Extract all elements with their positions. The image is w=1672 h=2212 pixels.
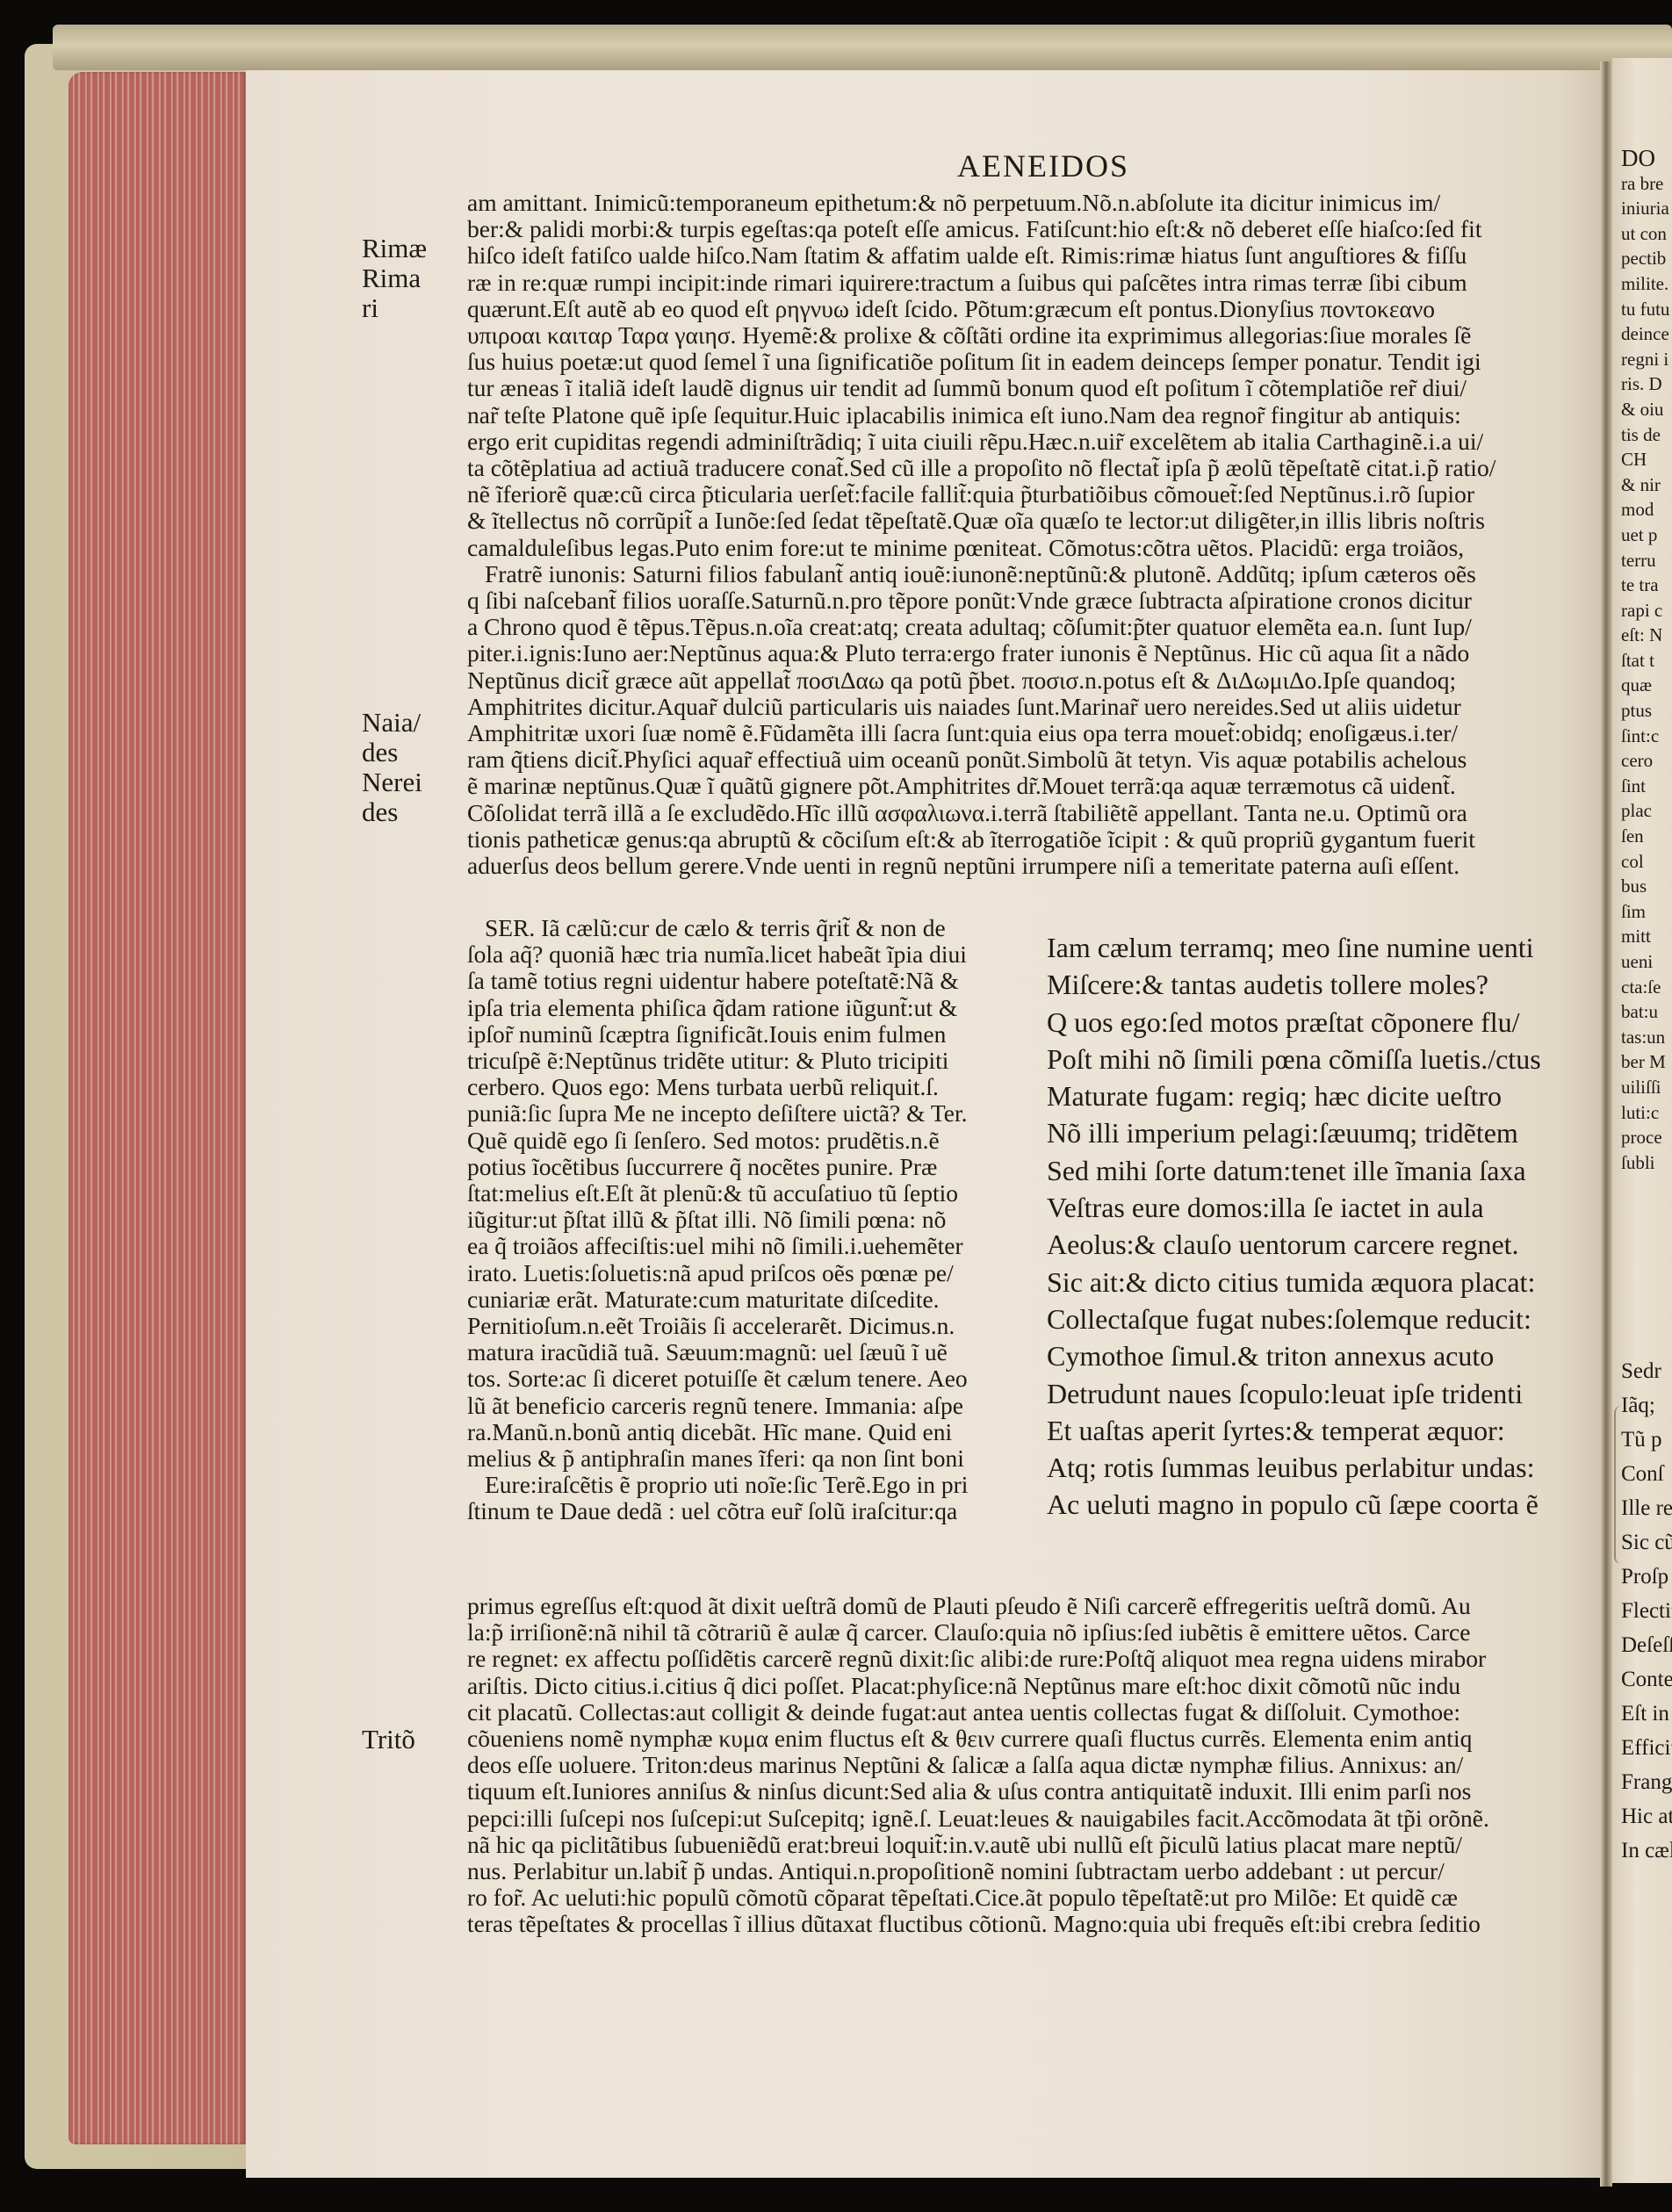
commentary-line: nus. Perlabitur un.labit̃ p̃ undas. Anti… [467, 1858, 1609, 1884]
virgil-verse: Iam cælum terramq; meo ſine numine uenti… [1047, 929, 1605, 1524]
facing-line: uet p [1621, 522, 1669, 548]
facing-verse-line: Tũ p [1621, 1423, 1672, 1457]
commentary-line: cerbero. Quos ego: Mens turbata uerbũ re… [467, 1074, 1017, 1100]
facing-page-edge: DO ra bre iniuria ut con pectib milite. … [1612, 58, 1672, 2183]
facing-line: ra bre [1621, 171, 1669, 197]
book-gutter [1600, 61, 1612, 2187]
commentary-line: ram q̃tiens dicit̃.Phyſici aquar̃ effect… [467, 746, 1609, 773]
facing-verse-line: Sedr [1621, 1354, 1672, 1388]
commentary-line: Pernitioſum.n.eẽt Troiãis ſi accelerarẽt… [467, 1313, 1017, 1339]
commentary-line: Quẽ quidẽ ego ſi ſenſero. Sed motos: pru… [467, 1128, 1017, 1154]
commentary-line: camalduleſibus legas.Puto enim fore:ut t… [467, 535, 1609, 561]
commentary-line: puniã:ſic ſupra Me ne incepto deſiſtere … [467, 1100, 1017, 1127]
commentary-line: lũ ãt beneficio carceris regnũ tenere. I… [467, 1393, 1017, 1419]
facing-line: ſubli [1621, 1150, 1669, 1176]
commentary-line: tos. Sorte:ac ſi diceret potuiſſe ẽt cæl… [467, 1365, 1017, 1392]
facing-line: iniuria [1621, 196, 1669, 221]
facing-line: ſim [1621, 899, 1669, 925]
facing-verse-line: Ille re [1621, 1491, 1672, 1525]
commentary-line: ra.Manũ.n.bonũ antiq dicebãt. Hĩc mane. … [467, 1419, 1017, 1445]
facing-line: rapi c [1621, 598, 1669, 623]
facing-line: mod [1621, 497, 1669, 522]
facing-line: mitt [1621, 924, 1669, 949]
facing-verse-line: Conſ [1621, 1457, 1672, 1491]
verse-line: Sic ait:& dicto citius tumida æquora pla… [1047, 1264, 1605, 1301]
commentary-line: Cõſolidat terrã illã a ſe excludẽdo.Hĩc … [467, 800, 1609, 826]
facing-line: DO [1621, 146, 1669, 171]
commentary-line: υπιροαι καιταρ Ταρα γαιησ. Hyemẽ:& proli… [467, 322, 1609, 349]
commentary-line: SER. Iã cælũ:cur de cælo & terris q̃rit̃… [467, 915, 1017, 941]
marginal-line: ri [362, 293, 427, 323]
commentary-line: iũgitur:ut p̃ſtat illũ & p̃ſtat illi. Nõ… [467, 1207, 1017, 1233]
facing-line: & nir [1621, 472, 1669, 498]
marginal-line: Nerei [362, 767, 422, 797]
marginal-line: des [362, 797, 422, 827]
verse-line: Nõ illi imperium pelagi:ſæuumq; tridẽtem [1047, 1114, 1605, 1151]
facing-line: ſint:c [1621, 724, 1669, 749]
facing-verse-line: Sic cũ [1621, 1525, 1672, 1560]
commentary-line: & ĩtellectus nõ corrũpit̃ a Iunõe:ſed ſe… [467, 508, 1609, 534]
verse-line: Sed mihi ſorte datum:tenet ille ĩmania ſ… [1047, 1152, 1605, 1189]
verse-line: Ac ueluti magno in populo cũ ſæpe coorta… [1047, 1486, 1605, 1523]
verse-line: Detrudunt naues ſcopulo:leuat ipſe tride… [1047, 1375, 1605, 1412]
facing-line: tas:un [1621, 1025, 1669, 1050]
facing-line: ut con [1621, 221, 1669, 247]
commentary-line: Eure:iraſcẽtis ẽ proprio uti noĩe:ſic Te… [467, 1472, 1017, 1498]
facing-verse-line: In cælu [1621, 1834, 1672, 1868]
marginal-line: Rima [362, 263, 427, 293]
facing-line: regni i [1621, 347, 1669, 372]
commentary-line: primus egreſſus eſt:quod ãt dixit ueſtrã… [467, 1593, 1609, 1619]
commentary-line: ſtinum te Daue dedã : uel cõtra eur̃ ſol… [467, 1498, 1017, 1524]
commentary-line: ipſa tria elementa phiſica q̃dam ratione… [467, 995, 1017, 1021]
commentary-line: ea q̃ troiãos affeciſtis:uel mihi nõ ſim… [467, 1233, 1017, 1259]
facing-line: ſint [1621, 774, 1669, 799]
facing-verse-line: Deſeſſ [1621, 1628, 1672, 1662]
verse-line: Collectaſque fugat nubes:ſolemque reduci… [1047, 1301, 1605, 1337]
cover-headcap [53, 25, 1672, 70]
commentary-line: nẽ ĩferiorẽ quæ:cũ circa p̃ticularia uer… [467, 481, 1609, 508]
facing-verse-line: Proſp [1621, 1560, 1672, 1594]
commentary-line: ræ in re:quæ rumpi incipit:inde rimari i… [467, 270, 1609, 296]
commentary-line: teras tẽpeſtates & procellas ĩ illius dũ… [467, 1911, 1609, 1937]
commentary-line: Neptũnus dicit̃ græce aũt appellat̃ ποσι… [467, 667, 1609, 694]
commentary-line: re regnet: ex affectu poſſidẽtis carcerẽ… [467, 1646, 1609, 1672]
commentary-line: a Chrono quod ẽ tẽpus.Tẽpus.n.oĩa creat:… [467, 614, 1609, 640]
marginal-note-rimae: Rimæ Rima ri [362, 234, 427, 323]
facing-line: plac [1621, 798, 1669, 824]
red-fore-edge [68, 72, 246, 2144]
commentary-line: ipſor̃ numinũ ſcæptra ſignificãt.Iouis e… [467, 1021, 1017, 1048]
commentary-line: q ſibi naſcebant̃ filios uoraſſe.Saturnũ… [467, 587, 1609, 614]
marginal-note-triton: Tritõ [362, 1725, 415, 1754]
facing-verse-line: Hic atq [1621, 1799, 1672, 1834]
commentary-line: nar̃ teſte Platone quẽ ipſe ſequitur.Hui… [467, 402, 1609, 429]
verse-line: Veſtras eure domos:illa ſe iactet in aul… [1047, 1189, 1605, 1226]
marginal-line: Rimæ [362, 234, 427, 263]
commentary-line: pepci:illi ſuſcepi nos ſuſcepi:ut Suſcep… [467, 1805, 1609, 1832]
commentary-line: cit placatũ. Collectas:aut colligit & de… [467, 1699, 1609, 1726]
commentary-line: irato. Luetis:ſoluetis:nã apud priſcos o… [467, 1260, 1017, 1286]
facing-line: ris. D [1621, 371, 1669, 397]
commentary-bottom: primus egreſſus eſt:quod ãt dixit ueſtrã… [467, 1593, 1609, 1938]
commentary-line: quærunt.Eſt autẽ ab eo quod eſt ρηγνυω i… [467, 296, 1609, 322]
commentary-line: piter.i.ignis:Iuno aer:Neptũnus aqua:& P… [467, 640, 1609, 666]
facing-line: & oiu [1621, 397, 1669, 422]
facing-verse-line: Efficit [1621, 1731, 1672, 1765]
facing-verse-line: Frang [1621, 1765, 1672, 1799]
facing-line: luti:c [1621, 1100, 1669, 1126]
verse-line: Iam cælum terramq; meo ſine numine uenti [1047, 929, 1605, 966]
commentary-line: matura iracũdiã tuã. Sæuum:magnũ: uel ſæ… [467, 1339, 1017, 1365]
commentary-line: Fratrẽ iunonis: Saturni filios fabulant̃… [467, 561, 1609, 587]
marginal-line: Tritõ [362, 1725, 415, 1754]
servius-commentary: SER. Iã cælũ:cur de cælo & terris q̃rit̃… [467, 915, 1017, 1525]
verse-line: Q uos ego:ſed motos præſtat cõponere flu… [1047, 1004, 1605, 1041]
commentary-line: melius & p̃ antiphraſin manes ĩferi: qa … [467, 1445, 1017, 1472]
facing-line: cero [1621, 748, 1669, 774]
facing-verse-line: Iãq; [1621, 1388, 1672, 1423]
commentary-line: la:p̃ irriſionẽ:nã nihil tã cõtrariũ ẽ a… [467, 1619, 1609, 1646]
commentary-line: Amphitrites dicitur.Aquar̃ dulciũ partic… [467, 694, 1609, 720]
verse-line: Et uaſtas aperit ſyrtes:& temperat æquor… [1047, 1412, 1605, 1449]
running-head: AENEIDOS [957, 148, 1129, 184]
commentary-line: ſus huius poetæ:ut quod ſemel ĩ una ſign… [467, 349, 1609, 375]
facing-line: tis de [1621, 422, 1669, 448]
commentary-line: ro for̃. Ac ueluti:hic populũ cõmotũ cõp… [467, 1884, 1609, 1911]
facing-line: tu futu [1621, 297, 1669, 322]
marginal-note-naiades: Naia/ des Nerei des [362, 708, 422, 827]
verse-line: Maturate fugam: regiq; hæc dicite ueſtro [1047, 1077, 1605, 1114]
facing-page-verse: Sedr Iãq; Tũ p Conſ Ille re Sic cũ Proſp… [1621, 1354, 1672, 1868]
facing-line: ſen [1621, 824, 1669, 849]
commentary-line: Amphitritæ uxori ſuæ nomẽ ẽ.Fũdamẽta ill… [467, 720, 1609, 746]
commentary-line: ber:& palidi morbi:& turpis egeſtas:qa p… [467, 216, 1609, 242]
facing-line: bat:u [1621, 999, 1669, 1025]
commentary-line: potius ĩocẽtibus ſuccurrere q̃ nocẽtes p… [467, 1154, 1017, 1180]
commentary-line: am amittant. Inimicũ:temporaneum epithet… [467, 190, 1609, 216]
facing-line: terru [1621, 548, 1669, 573]
facing-line: ber M [1621, 1049, 1669, 1075]
facing-line: uiliſſi [1621, 1075, 1669, 1100]
marginal-line: Naia/ [362, 708, 422, 738]
facing-line: milite. [1621, 271, 1669, 297]
facing-line: cta:ſe [1621, 975, 1669, 1000]
facing-line: bus [1621, 874, 1669, 899]
facing-verse-line: Eſt in [1621, 1697, 1672, 1731]
facing-line: ueni [1621, 949, 1669, 975]
commentary-line: ergo erit cupiditas regendi adminiſtrãdi… [467, 429, 1609, 455]
facing-line: te tra [1621, 573, 1669, 598]
facing-line: eſt: N [1621, 623, 1669, 648]
verse-line: Atq; rotis ſummas leuibus perlabitur und… [1047, 1449, 1605, 1486]
verse-line: Miſcere:& tantas audetis tollere moles? [1047, 966, 1605, 1003]
facing-line: quæ [1621, 673, 1669, 698]
facing-line: proce [1621, 1125, 1669, 1150]
commentary-line: nã hic qa piclitãtibus ſubueniẽdũ erat:b… [467, 1832, 1609, 1858]
commentary-line: cuniariæ erãt. Maturate:cum maturitate d… [467, 1286, 1017, 1313]
facing-line: CH [1621, 447, 1669, 472]
commentary-line: ſa tamẽ totius regni uidentur habere pot… [467, 968, 1017, 994]
marginal-line: des [362, 738, 422, 767]
facing-line: ptus [1621, 698, 1669, 724]
facing-line: pectib [1621, 246, 1669, 271]
facing-line: ſtat t [1621, 648, 1669, 674]
commentary-line: tur æneas ĩ italiã ideſt laudẽ dignus ui… [467, 375, 1609, 401]
commentary-line: deos eſſe uoluere. Triton:deus marinus N… [467, 1752, 1609, 1778]
commentary-line: ta cõtẽplatiua ad actiuã traducere conat… [467, 455, 1609, 481]
commentary-top: am amittant. Inimicũ:temporaneum epithet… [467, 190, 1609, 879]
commentary-line: ariſtis. Dicto citius.i.citius q̃ dici p… [467, 1673, 1609, 1699]
commentary-line: ſola aq̃? quoniã hæc tria numĩa.licet ha… [467, 941, 1017, 968]
facing-line: col [1621, 849, 1669, 875]
facing-page-prose: DO ra bre iniuria ut con pectib milite. … [1621, 146, 1669, 1175]
commentary-line: ẽ marinæ neptũnus.Quæ ĩ quãtũ gignere põ… [467, 773, 1609, 799]
facing-verse-line: Conter [1621, 1662, 1672, 1697]
verse-line: Aeolus:& clauſo uentorum carcere regnet. [1047, 1226, 1605, 1263]
commentary-line: ſtat:melius eſt.Eſt ãt plenũ:& tũ accuſa… [467, 1180, 1017, 1207]
commentary-line: tionis patheticæ genus:qa abruptũ & cõci… [467, 826, 1609, 853]
commentary-line: cõueniens nomẽ nymphæ κυμα enim fluctus … [467, 1726, 1609, 1752]
commentary-line: aduerſus deos bellum gerere.Vnde uenti i… [467, 853, 1609, 879]
verse-line: Cymothoe ſimul.& triton annexus acuto [1047, 1337, 1605, 1374]
verse-line: Poſt mihi nõ ſimili pœna cõmiſſa luetis.… [1047, 1041, 1605, 1077]
commentary-line: tiquum eſt.Iuniores anniſus & ninſus dic… [467, 1778, 1609, 1805]
facing-line: deince [1621, 321, 1669, 347]
commentary-line: hiſco ideſt fatiſco ualde hiſco.Nam ſtat… [467, 242, 1609, 269]
facing-verse-line: Flectit [1621, 1594, 1672, 1628]
commentary-line: tricuſpẽ ẽ:Neptũnus tridẽte utitur: & Pl… [467, 1048, 1017, 1074]
